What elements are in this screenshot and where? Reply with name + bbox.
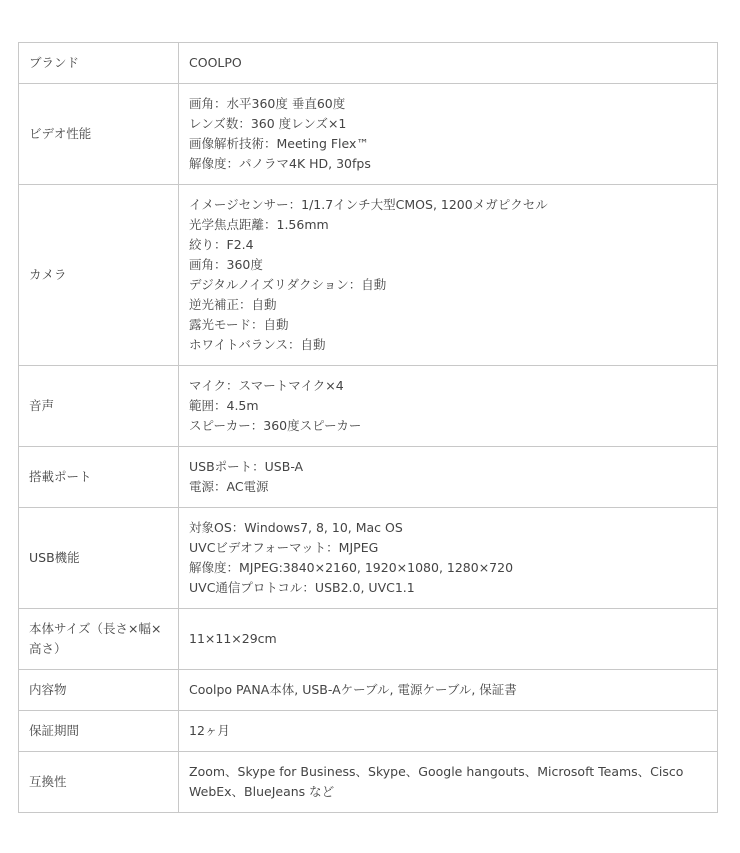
row-value: 11×11×29cm: [179, 609, 718, 670]
value-line: 光学焦点距離：1.56mm: [189, 215, 707, 235]
value-line: マイク：スマートマイク×4: [189, 376, 707, 396]
value-line: 露光モード：自動: [189, 315, 707, 335]
table-row-brand: ブランド COOLPO: [19, 43, 718, 84]
value-line: 画角：360度: [189, 255, 707, 275]
table-row-warranty: 保証期間 12ヶ月: [19, 711, 718, 752]
table-row-size: 本体サイズ（長さ×幅×高さ） 11×11×29cm: [19, 609, 718, 670]
table-row-video: ビデオ性能 画角：水平360度 垂直60度 レンズ数：360 度レンズ×1 画像…: [19, 84, 718, 185]
value-line: レンズ数：360 度レンズ×1: [189, 114, 707, 134]
row-label: ビデオ性能: [19, 84, 179, 185]
row-value: イメージセンサー：1/1.7インチ大型CMOS, 1200メガピクセル 光学焦点…: [179, 185, 718, 366]
value-line: 対象OS：Windows7, 8, 10, Mac OS: [189, 518, 707, 538]
row-value: COOLPO: [179, 43, 718, 84]
row-value: Coolpo PANA本体, USB-Aケーブル, 電源ケーブル, 保証書: [179, 670, 718, 711]
value-line: スピーカー：360度スピーカー: [189, 416, 707, 436]
value-line: ホワイトバランス：自動: [189, 335, 707, 355]
value-line: 逆光補正：自動: [189, 295, 707, 315]
spec-table: ブランド COOLPO ビデオ性能 画角：水平360度 垂直60度 レンズ数：3…: [18, 42, 718, 813]
table-row-usb: USB機能 対象OS：Windows7, 8, 10, Mac OS UVCビデ…: [19, 508, 718, 609]
value-line: 範囲：4.5m: [189, 396, 707, 416]
row-label: 内容物: [19, 670, 179, 711]
value-line: UVC通信プロトコル：USB2.0, UVC1.1: [189, 578, 707, 598]
table-row-contents: 内容物 Coolpo PANA本体, USB-Aケーブル, 電源ケーブル, 保証…: [19, 670, 718, 711]
value-line: COOLPO: [189, 53, 707, 73]
value-line: USBポート：USB-A: [189, 457, 707, 477]
value-line: Coolpo PANA本体, USB-Aケーブル, 電源ケーブル, 保証書: [189, 680, 707, 700]
value-line: 解像度：MJPEG:3840×2160, 1920×1080, 1280×720: [189, 558, 707, 578]
row-label: 音声: [19, 366, 179, 447]
value-line: 画角：水平360度 垂直60度: [189, 94, 707, 114]
row-label: 搭載ポート: [19, 447, 179, 508]
value-line: 解像度：パノラマ4K HD, 30fps: [189, 154, 707, 174]
value-line: 絞り：F2.4: [189, 235, 707, 255]
table-row-ports: 搭載ポート USBポート：USB-A 電源：AC電源: [19, 447, 718, 508]
row-value: マイク：スマートマイク×4 範囲：4.5m スピーカー：360度スピーカー: [179, 366, 718, 447]
row-value: Zoom、Skype for Business、Skype、Google han…: [179, 752, 718, 813]
value-line: イメージセンサー：1/1.7インチ大型CMOS, 1200メガピクセル: [189, 195, 707, 215]
value-line: Zoom、Skype for Business、Skype、Google han…: [189, 762, 707, 802]
value-line: 画像解析技術：Meeting Flex™: [189, 134, 707, 154]
table-row-audio: 音声 マイク：スマートマイク×4 範囲：4.5m スピーカー：360度スピーカー: [19, 366, 718, 447]
row-value: 画角：水平360度 垂直60度 レンズ数：360 度レンズ×1 画像解析技術：M…: [179, 84, 718, 185]
row-label: USB機能: [19, 508, 179, 609]
row-value: USBポート：USB-A 電源：AC電源: [179, 447, 718, 508]
row-label: カメラ: [19, 185, 179, 366]
row-value: 対象OS：Windows7, 8, 10, Mac OS UVCビデオフォーマッ…: [179, 508, 718, 609]
row-label: 保証期間: [19, 711, 179, 752]
row-label: ブランド: [19, 43, 179, 84]
value-line: 電源：AC電源: [189, 477, 707, 497]
row-label: 本体サイズ（長さ×幅×高さ）: [19, 609, 179, 670]
row-label: 互換性: [19, 752, 179, 813]
value-line: デジタルノイズリダクション：自動: [189, 275, 707, 295]
value-line: UVCビデオフォーマット：MJPEG: [189, 538, 707, 558]
value-line: 12ヶ月: [189, 721, 707, 741]
value-line: 11×11×29cm: [189, 629, 707, 649]
table-row-compatibility: 互換性 Zoom、Skype for Business、Skype、Google…: [19, 752, 718, 813]
row-value: 12ヶ月: [179, 711, 718, 752]
table-row-camera: カメラ イメージセンサー：1/1.7インチ大型CMOS, 1200メガピクセル …: [19, 185, 718, 366]
